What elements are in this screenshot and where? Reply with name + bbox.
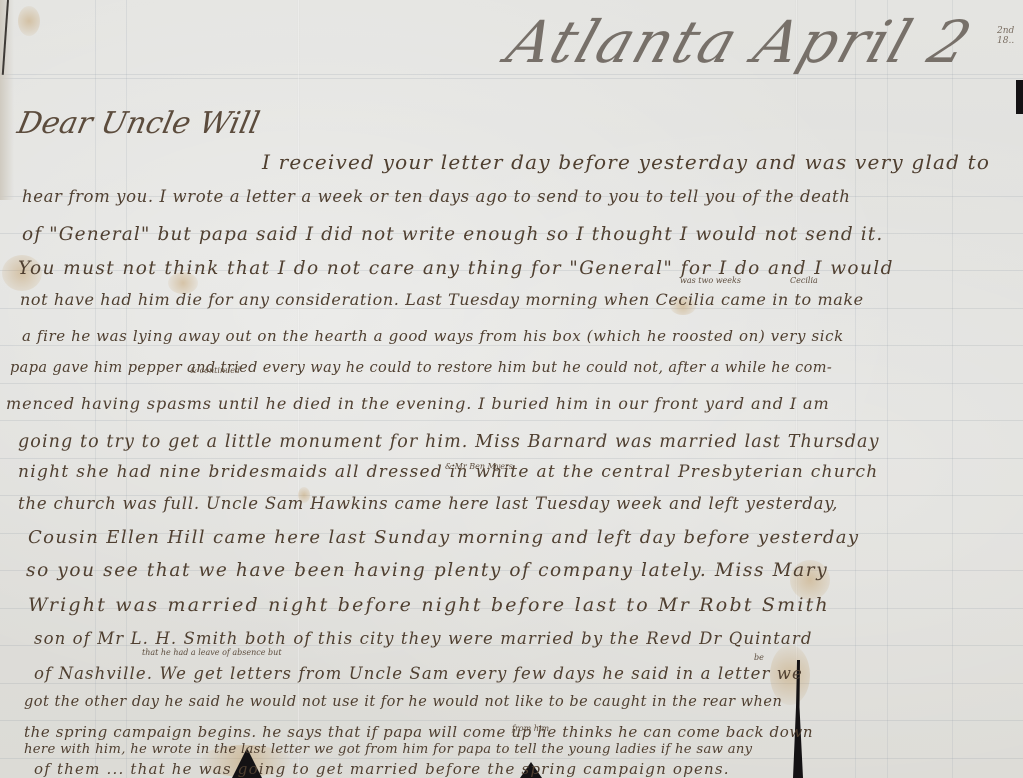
letter-line: going to try to get a little monument fo…: [18, 432, 880, 452]
letter-line: of them ... that he was going to get mar…: [34, 760, 730, 778]
letter-line: of Nashville. We get letters from Uncle …: [34, 664, 803, 683]
dateline: Atlanta April 2: [499, 8, 981, 76]
letter-line: of "General" but papa said I did not wri…: [22, 224, 883, 245]
letter-line: got the other day he said he would not u…: [24, 694, 782, 710]
stain: [18, 6, 40, 36]
ruling-line: [0, 345, 1023, 346]
ruling-line: [0, 420, 1023, 421]
ruling-line: [0, 458, 1023, 459]
letter-line: Wright was married night before night be…: [28, 594, 830, 616]
interlineation: & Mr Ben Myers: [445, 462, 513, 471]
letter-line: a fire he was lying away out on the hear…: [22, 327, 844, 345]
letter-line: the church was full. Uncle Sam Hawkins c…: [18, 494, 838, 513]
ruling-line: [855, 0, 856, 778]
letter-line: menced having spasms until he died in th…: [6, 394, 830, 413]
ruling-line: [887, 0, 888, 778]
dateline-superscript: 2nd 18..: [997, 26, 1023, 46]
interlineation: be: [754, 653, 764, 662]
paper-tear: [1016, 80, 1023, 114]
interlineation: & continued: [190, 366, 240, 375]
letter-line: so you see that we have been having plen…: [26, 560, 828, 581]
letter-line: papa gave him pepper and tried every way…: [10, 360, 832, 376]
interlineation: Cecilia: [790, 276, 818, 285]
ruling-line: [0, 758, 1023, 759]
paper-edge: [0, 0, 14, 200]
interlineation: was two weeks: [680, 276, 741, 285]
letter-line: son of Mr L. H. Smith both of this city …: [34, 629, 813, 648]
letter-line: You must not think that I do not care an…: [18, 258, 894, 279]
letter-line: I received your letter day before yester…: [262, 150, 990, 174]
letter-page: Atlanta April 2 2nd 18.. Dear Uncle Will…: [0, 0, 1023, 778]
letter-line: here with him, he wrote in the last lett…: [24, 742, 752, 757]
ruling-line: [0, 720, 1023, 721]
salutation: Dear Uncle Will: [14, 106, 262, 141]
ruling-line: [0, 383, 1023, 384]
paper-fold: [297, 0, 300, 778]
letter-line: hear from you. I wrote a letter a week o…: [22, 187, 850, 206]
ruling-line: [0, 78, 1023, 79]
letter-line: Cousin Ellen Hill came here last Sunday …: [28, 527, 860, 548]
letter-line: not have had him die for any considerati…: [20, 290, 864, 309]
letter-line: the spring campaign begins. he says that…: [24, 723, 813, 741]
interlineation: from him: [512, 724, 549, 733]
ruling-line: [952, 0, 953, 778]
interlineation: that he had a leave of absence but: [142, 648, 282, 657]
ruling-line: [0, 683, 1023, 684]
